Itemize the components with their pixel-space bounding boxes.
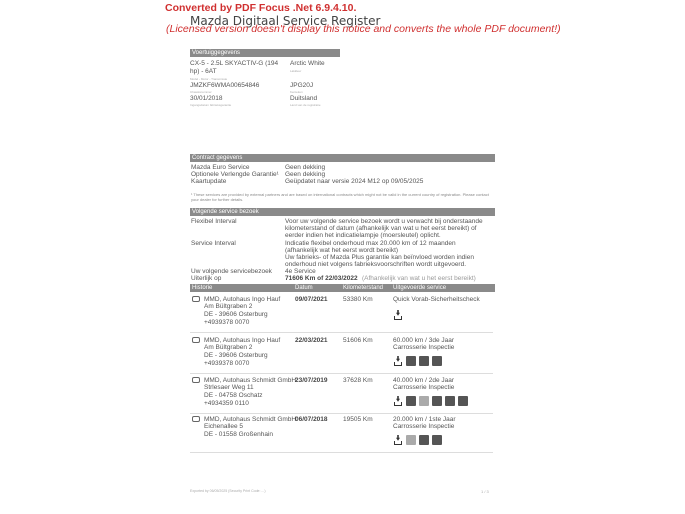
vehicle-plate-label: Kenteken bbox=[290, 90, 303, 94]
next-service-header: Volgende service bezoek bbox=[190, 208, 495, 216]
download-icon[interactable] bbox=[393, 310, 403, 320]
vehicle-country-label: Land van de registratie bbox=[290, 103, 321, 107]
service-type: 40.000 km / 2de Jaar bbox=[393, 377, 454, 384]
brush-icon[interactable] bbox=[445, 396, 455, 406]
dealer-address-line: +4939378 0070 bbox=[204, 319, 249, 326]
service-date: 09/07/2021 bbox=[295, 296, 328, 303]
history-col-km: Kilometerstand bbox=[343, 284, 383, 292]
vehicle-date-label: Ingangsdatum fabrieksgarantie bbox=[190, 103, 231, 107]
next-service-note: (Afhankelijk van wat u het eerst bereikt… bbox=[362, 275, 476, 282]
dealer-address-line: DE - 04758 Oschatz bbox=[204, 392, 263, 399]
service-date: 23/07/2019 bbox=[295, 377, 328, 384]
dealer-address-line: +4939378 0070 bbox=[204, 360, 249, 367]
dealer-name: MMD, Autohaus Ingo Hauf bbox=[204, 296, 280, 303]
next-service-value: Uw fabrieks- of Mazda Plus garantie kan … bbox=[285, 254, 490, 268]
dealer-address-line: Am Bültgraben 2 bbox=[204, 344, 252, 351]
contract-value: Geen dekking bbox=[285, 164, 325, 171]
dealer-name: MMD, Autohaus Schmidt GmbH bbox=[204, 416, 296, 423]
download-icon[interactable] bbox=[393, 356, 403, 366]
dealer-address-line: +4934359 0110 bbox=[204, 400, 249, 407]
service-type: 60.000 km / 3de Jaar bbox=[393, 337, 454, 344]
vehicle-vin: JMZKF6WMA00654846 bbox=[190, 82, 259, 89]
brush-icon[interactable] bbox=[419, 435, 429, 445]
row-divider bbox=[190, 452, 493, 453]
next-service-deadline: 71606 Km of 22/03/2022 bbox=[285, 275, 358, 282]
vehicle-model: CX-5 - 2.5L SKYACTIV-G (194 hp) - 6AT bbox=[190, 60, 285, 76]
gray-box-icon[interactable] bbox=[406, 435, 416, 445]
next-service-label: Uw volgende servicebezoek bbox=[191, 268, 272, 275]
vehicle-color-label: Lakkleur bbox=[290, 69, 301, 73]
history-col-historie: Historie bbox=[192, 284, 212, 292]
service-type: 20.000 km / 1ste Jaar bbox=[393, 416, 456, 423]
dealer-address-line: Strlesaer Weg 11 bbox=[204, 384, 254, 391]
watermark-line1: Converted by PDF Focus .Net 6.9.4.10. bbox=[165, 2, 356, 14]
service-icons bbox=[393, 352, 445, 370]
next-service-value: 4e Service bbox=[285, 268, 316, 275]
dealer-address-line: Eichenallee 5 bbox=[204, 423, 243, 430]
service-icons bbox=[393, 306, 406, 324]
contract-footnote: ¹ These services are provided by externa… bbox=[191, 192, 491, 202]
service-date: 22/03/2021 bbox=[295, 337, 328, 344]
document-icon[interactable] bbox=[432, 396, 442, 406]
service-km: 37628 Km bbox=[343, 377, 373, 384]
contract-label: Optionele Verlengde Garantie¹ bbox=[191, 171, 279, 178]
eye-icon[interactable] bbox=[432, 435, 442, 445]
dealer-address-line: DE - 39606 Osterburg bbox=[204, 352, 268, 359]
vehicle-header: Voertuiggegevens bbox=[190, 49, 340, 57]
next-service-label: Service Interval bbox=[191, 240, 236, 247]
row-divider bbox=[190, 413, 493, 414]
next-service-value: Voor uw volgende service bezoek wordt u … bbox=[285, 218, 490, 239]
mail-icon[interactable] bbox=[192, 337, 200, 343]
mail-icon[interactable] bbox=[192, 416, 200, 422]
service-km: 51606 Km bbox=[343, 337, 373, 344]
watermark-line2: (Licensed version doesn't display this n… bbox=[166, 23, 561, 35]
next-service-label: Flexibel Interval bbox=[191, 218, 237, 225]
row-divider bbox=[190, 332, 493, 333]
dealer-name: MMD, Autohaus Schmidt GmbH bbox=[204, 377, 296, 384]
dealer-address-line: DE - 39606 Osterburg bbox=[204, 311, 268, 318]
service-km: 53380 Km bbox=[343, 296, 373, 303]
footer-export: Exported by 06/05/2025 (Security Print C… bbox=[190, 489, 265, 493]
mail-icon[interactable] bbox=[192, 296, 200, 302]
service-icons bbox=[393, 431, 445, 449]
row-divider bbox=[190, 373, 493, 374]
contract-label: Mazda Euro Service bbox=[191, 164, 250, 171]
service-type-2: Carrosserie Inspectie bbox=[393, 344, 454, 351]
contract-header: Contract gegevens bbox=[190, 154, 495, 162]
service-icons bbox=[393, 392, 471, 410]
service-type-2: Carrosserie Inspectie bbox=[393, 384, 454, 391]
vehicle-country: Duitsland bbox=[290, 95, 317, 102]
dealer-address-line: DE - 01558 Großenhain bbox=[204, 431, 273, 438]
history-col-service: Uitgevoerde service bbox=[393, 284, 446, 292]
vehicle-vin-label: Chassisnummer bbox=[190, 90, 212, 94]
brush-icon[interactable] bbox=[419, 356, 429, 366]
next-service-label: Uiterlijk op bbox=[191, 275, 221, 282]
contract-value: Geüpdatet naar versie 2024 M12 op 09/05/… bbox=[285, 178, 423, 185]
download-icon[interactable] bbox=[393, 396, 403, 406]
gray-box-icon[interactable] bbox=[419, 396, 429, 406]
car-icon[interactable] bbox=[406, 396, 416, 406]
dealer-address-line: Am Bültgraben 2 bbox=[204, 303, 252, 310]
service-type-2: Carrosserie Inspectie bbox=[393, 423, 454, 430]
eye-icon[interactable] bbox=[458, 396, 468, 406]
download-icon[interactable] bbox=[393, 435, 403, 445]
service-type: Quick Vorab-Sicherheitscheck bbox=[393, 296, 480, 303]
vehicle-model-label: Model - Motor - Transmissie bbox=[190, 77, 227, 81]
history-col-datum: Datum bbox=[295, 284, 313, 292]
eye-icon[interactable] bbox=[432, 356, 442, 366]
dealer-name: MMD, Autohaus Ingo Hauf bbox=[204, 337, 280, 344]
vehicle-color: Arctic White bbox=[290, 60, 325, 67]
document-icon[interactable] bbox=[406, 356, 416, 366]
vehicle-date: 30/01/2018 bbox=[190, 95, 223, 102]
mail-icon[interactable] bbox=[192, 377, 200, 383]
footer-page: 1 / 3 bbox=[481, 489, 489, 494]
vehicle-plate: JPG20J bbox=[290, 82, 313, 89]
next-service-value: Indicatie flexibel onderhoud max 20.000 … bbox=[285, 240, 490, 254]
service-km: 19505 Km bbox=[343, 416, 373, 423]
contract-label: Kaartupdate bbox=[191, 178, 226, 185]
contract-value: Geen dekking bbox=[285, 171, 325, 178]
service-date: 06/07/2018 bbox=[295, 416, 328, 423]
